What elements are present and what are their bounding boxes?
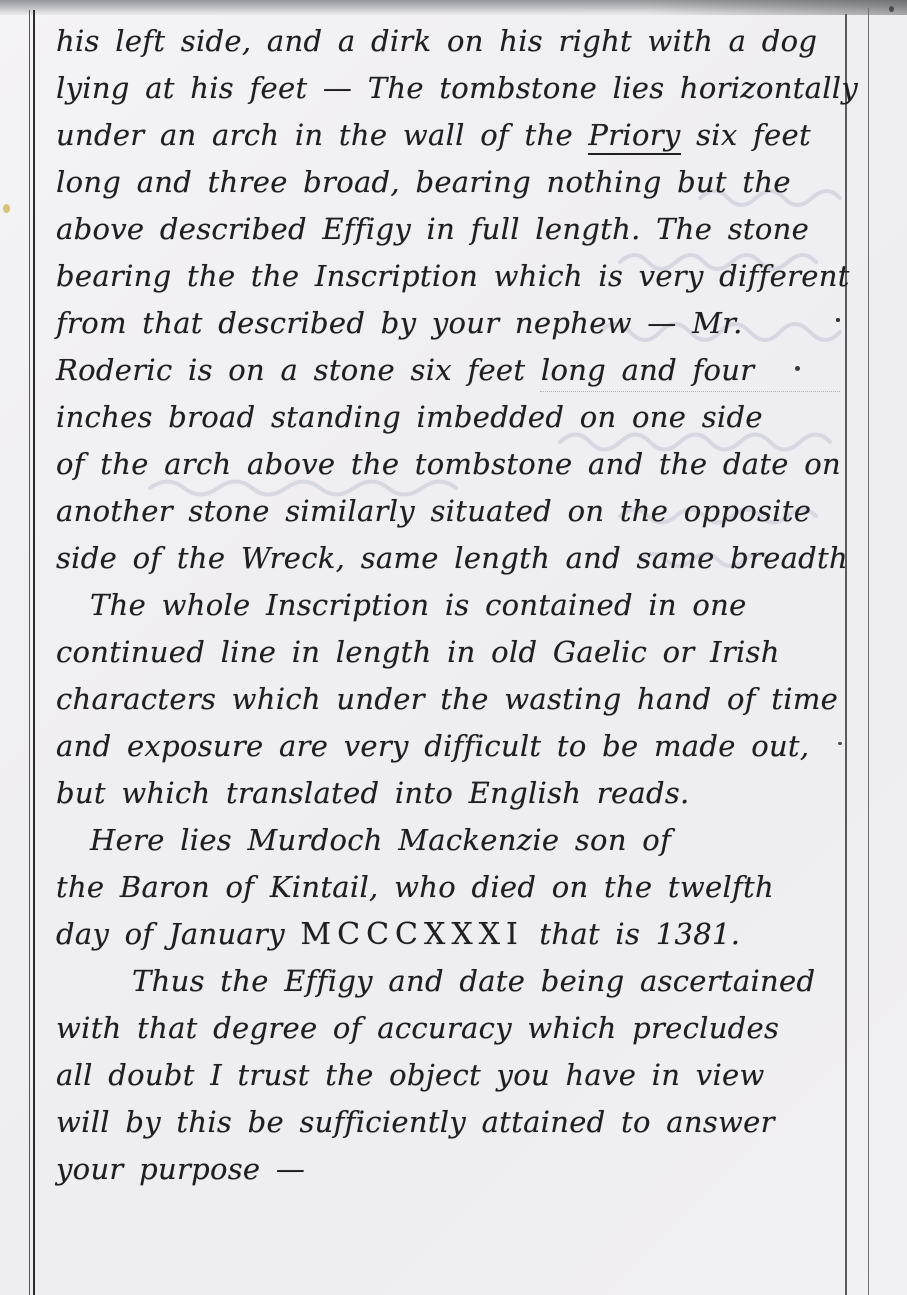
manuscript-line: but which translated into English reads. — [56, 770, 844, 817]
manuscript-line: all doubt I trust the object you have in… — [56, 1052, 844, 1099]
ink-dot — [889, 6, 894, 12]
right-margin-rule-inner — [845, 14, 847, 1295]
manuscript-line: your purpose — — [56, 1146, 844, 1193]
manuscript-line: another stone similarly situated on the … — [56, 488, 844, 535]
manuscript-page: his left side, and a dirk on his right w… — [0, 0, 907, 1295]
manuscript-line: side of the Wreck, same length and same … — [56, 535, 844, 582]
right-margin-rule-outer — [868, 8, 869, 1295]
manuscript-line: continued line in length in old Gaelic o… — [56, 629, 844, 676]
manuscript-line: lying at his feet — The tombstone lies h… — [56, 65, 844, 112]
scan-edge-top — [0, 0, 907, 15]
manuscript-line: the Baron of Kintail, who died on the tw… — [56, 864, 844, 911]
manuscript-line: long and three broad, bearing nothing bu… — [56, 159, 844, 206]
manuscript-line: day of January MCCCXXXI that is 1381. — [56, 911, 844, 958]
manuscript-line: Thus the Effigy and date being ascertain… — [56, 958, 844, 1005]
manuscript-line: and exposure are very difficult to be ma… — [56, 723, 844, 770]
manuscript-line: under an arch in the wall of the Priory … — [56, 112, 844, 159]
manuscript-line: inches broad standing imbedded on one si… — [56, 394, 844, 441]
manuscript-line: The whole Inscription is contained in on… — [56, 582, 844, 629]
manuscript-text: his left side, and a dirk on his right w… — [56, 18, 844, 1193]
underlined-word-priory: Priory — [588, 118, 680, 155]
manuscript-line: Here lies Murdoch Mackenzie son of — [56, 817, 844, 864]
manuscript-line: of the arch above the tombstone and the … — [56, 441, 844, 488]
manuscript-line: bearing the the Inscription which is ver… — [56, 253, 844, 300]
roman-numeral-date: MCCCXXXI — [300, 917, 524, 952]
line-text: under an arch in the wall of the — [56, 118, 588, 152]
left-margin-rule-inner — [33, 10, 35, 1295]
manuscript-line: Roderic is on a stone six feet long and … — [56, 347, 844, 394]
manuscript-line: from that described by your nephew — Mr. — [56, 300, 844, 347]
manuscript-line: his left side, and a dirk on his right w… — [56, 18, 844, 65]
manuscript-line: above described Effigy in full length. T… — [56, 206, 844, 253]
manuscript-line: characters which under the wasting hand … — [56, 676, 844, 723]
left-margin-rule-outer — [29, 10, 30, 1295]
manuscript-line: will by this be sufficiently attained to… — [56, 1099, 844, 1146]
line-text: day of January — [56, 917, 300, 951]
paper-speck — [3, 204, 10, 213]
line-text: that is 1381. — [524, 917, 740, 951]
manuscript-line: with that degree of accuracy which precl… — [56, 1005, 844, 1052]
line-text: six feet — [681, 118, 811, 152]
